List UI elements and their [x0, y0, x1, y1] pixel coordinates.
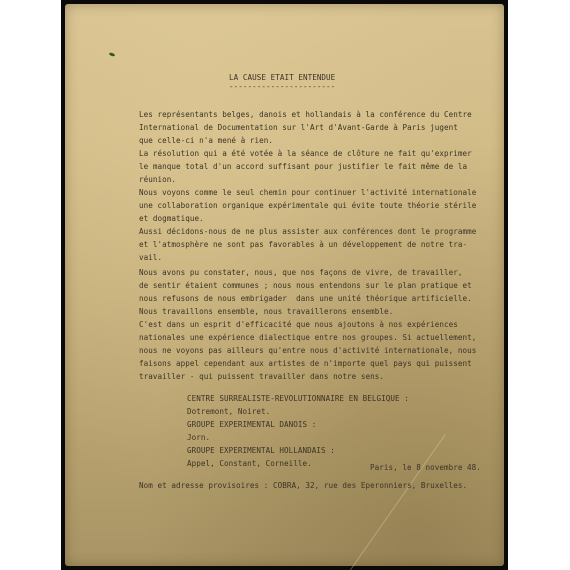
paragraph-1-line-2: International de Documentation sur l'Art…	[139, 121, 458, 134]
paragraph-1-line-8: une collaboration organique expérimental…	[139, 199, 476, 212]
typewritten-document-page: LA CAUSE ETAIT ENTENDUE ----------------…	[65, 4, 504, 566]
paragraph-1-line-5: le manque total d'un accord suffisant po…	[139, 160, 467, 173]
paragraph-1-line-1: Les représentants belges, danois et holl…	[139, 108, 472, 121]
paragraph-1-line-7: Nous voyons comme le seul chemin pour co…	[139, 186, 476, 199]
paragraph-1-line-11: et l'atmosphère ne sont pas favorables à…	[139, 238, 467, 251]
signature-names-belgium: Dotremont, Noiret.	[187, 405, 270, 418]
paragraph-1-line-6: réunion.	[139, 173, 176, 186]
document-date: Paris, le 8 novembre 48.	[370, 461, 481, 474]
paragraph-2-line-7: nous ne voyons pas ailleurs qu'entre nou…	[139, 344, 476, 357]
signature-names-netherlands: Appel, Constant, Corneille.	[187, 457, 312, 470]
signature-group-denmark: GROUPE EXPERIMENTAL DANOIS :	[187, 418, 316, 431]
paragraph-1-line-3: que celle-ci n'a mené à rien.	[139, 134, 273, 147]
paper-crease	[347, 434, 445, 570]
paragraph-1-line-12: vail.	[139, 251, 162, 264]
signature-group-belgium: CENTRE SURREALISTE-REVOLUTIONNAIRE EN BE…	[187, 392, 409, 405]
paragraph-2-line-3: nous refusons de nous embrigader dans un…	[139, 292, 472, 305]
address-footer: Nom et adresse provisoires : COBRA, 32, …	[139, 479, 467, 492]
signature-names-denmark: Jorn.	[187, 431, 210, 444]
paragraph-2-line-9: travailler - qui puissent travailler dan…	[139, 370, 384, 383]
paragraph-1-line-9: et dogmatique.	[139, 212, 204, 225]
signature-group-netherlands: GROUPE EXPERIMENTAL HOLLANDAIS :	[187, 444, 335, 457]
paragraph-2-line-4: Nous travaillons ensemble, nous travaill…	[139, 305, 393, 318]
paragraph-2-line-5: C'est dans un esprit d'efficacité que no…	[139, 318, 458, 331]
paragraph-1-line-10: Aussi décidons-nous de ne plus assister …	[139, 225, 476, 238]
ink-speck	[109, 52, 116, 57]
paragraph-2-line-8: faisons appel cependant aux artistes de …	[139, 357, 472, 370]
paragraph-2-line-6: nationales une expérience dialectique en…	[139, 331, 476, 344]
paragraph-2-line-1: Nous avons pu constater, nous, que nos f…	[139, 266, 463, 279]
paragraph-2-line-2: de sentir étaient communes ; nous nous e…	[139, 279, 472, 292]
title-underline: -----------------------	[229, 80, 335, 93]
paragraph-1-line-4: La résolution qui a été votée à la séanc…	[139, 147, 472, 160]
